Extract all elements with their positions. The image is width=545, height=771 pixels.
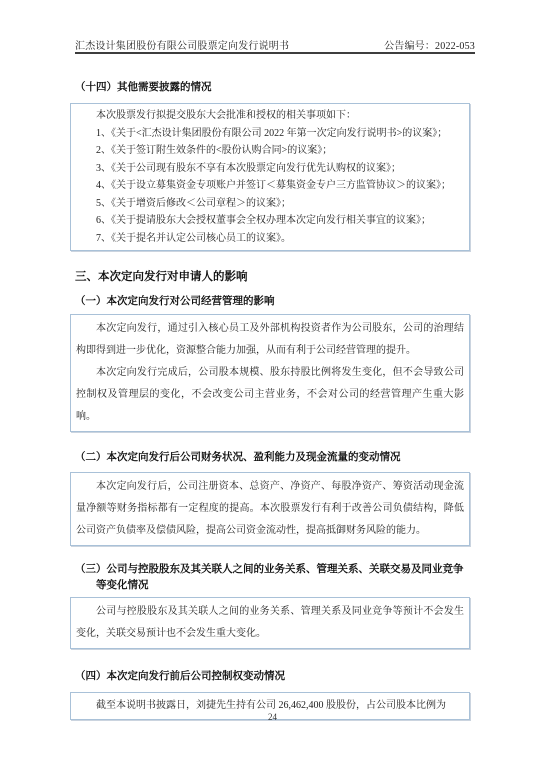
running-header: 汇杰设计集团股份有限公司股票定向发行说明书 公告编号：2022-053 bbox=[75, 37, 475, 52]
subsection-heading-management-impact: （一）本次定向发行对公司经营管理的影响 bbox=[75, 294, 470, 309]
list-item: 3、《关于公司现有股东不享有本次股票定向发行优先认购权的议案》； bbox=[76, 160, 464, 178]
paragraph: 公司与控股股东及其关联人之间的业务关系、管理关系及同业竞争等预计不会发生变化，关… bbox=[76, 601, 464, 645]
list-item: 2、《关于签订附生效条件的<股份认购合同>的议案》； bbox=[76, 142, 464, 160]
paragraph: 本次定向发行，通过引入核心员工及外部机构投资者作为公司股东，公司的治理结构即得到… bbox=[76, 318, 464, 362]
disclosure-items-box: 本次股票发行拟提交股东大会批准和授权的相关事项如下： 1、《关于<汇杰设计集团股… bbox=[70, 103, 470, 251]
paragraph: 本次股票发行拟提交股东大会批准和授权的相关事项如下： bbox=[76, 107, 464, 125]
paragraph: 本次定向发行完成后，公司股本规模、股东持股比例将发生变化，但不会导致公司控制权及… bbox=[76, 362, 464, 428]
list-item: 6、《关于提请股东大会授权董事会全权办理本次定向发行相关事宜的议案》； bbox=[76, 212, 464, 230]
page-content: （十四）其他需要披露的情况 本次股票发行拟提交股东大会批准和授权的相关事项如下：… bbox=[70, 80, 470, 720]
financial-impact-box: 本次定向发行后，公司注册资本、总资产、净资产、每股净资产、筹资活动现金流量净额等… bbox=[70, 472, 470, 546]
section-heading-other-disclosure: （十四）其他需要披露的情况 bbox=[75, 80, 470, 95]
subsection-heading-control-change: （四）本次定向发行前后公司控制权变动情况 bbox=[75, 669, 470, 684]
page-number: 24 bbox=[0, 712, 545, 722]
header-divider bbox=[75, 52, 475, 54]
document-page: 汇杰设计集团股份有限公司股票定向发行说明书 公告编号：2022-053 （十四）… bbox=[0, 0, 545, 771]
document-title: 汇杰设计集团股份有限公司股票定向发行说明书 bbox=[75, 37, 289, 52]
announcement-number: 公告编号：2022-053 bbox=[384, 37, 475, 52]
subsection-heading-financial-impact: （二）本次定向发行后公司财务状况、盈利能力及现金流量的变动情况 bbox=[75, 450, 470, 465]
list-item: 7、《关于提名并认定公司核心员工的议案》。 bbox=[76, 230, 464, 248]
list-item: 1、《关于<汇杰设计集团股份有限公司 2022 年第一次定向发行说明书>的议案》… bbox=[76, 125, 464, 143]
list-item: 4、《关于设立募集资金专项账户并签订＜募集资金专户三方监管协议＞的议案》； bbox=[76, 177, 464, 195]
chapter-heading-impact: 三、本次定向发行对申请人的影响 bbox=[75, 269, 470, 285]
management-impact-box: 本次定向发行，通过引入核心员工及外部机构投资者作为公司股东，公司的治理结构即得到… bbox=[70, 314, 470, 432]
subsection-heading-related-party: （三）公司与控股股东及其关联人之间的业务关系、管理关系、关联交易及同业竞争等变化… bbox=[75, 562, 470, 593]
related-party-box: 公司与控股股东及其关联人之间的业务关系、管理关系及同业竞争等预计不会发生变化，关… bbox=[70, 597, 470, 649]
list-item: 5、《关于增资后修改＜公司章程＞的议案》； bbox=[76, 195, 464, 213]
paragraph: 本次定向发行后，公司注册资本、总资产、净资产、每股净资产、筹资活动现金流量净额等… bbox=[76, 476, 464, 542]
